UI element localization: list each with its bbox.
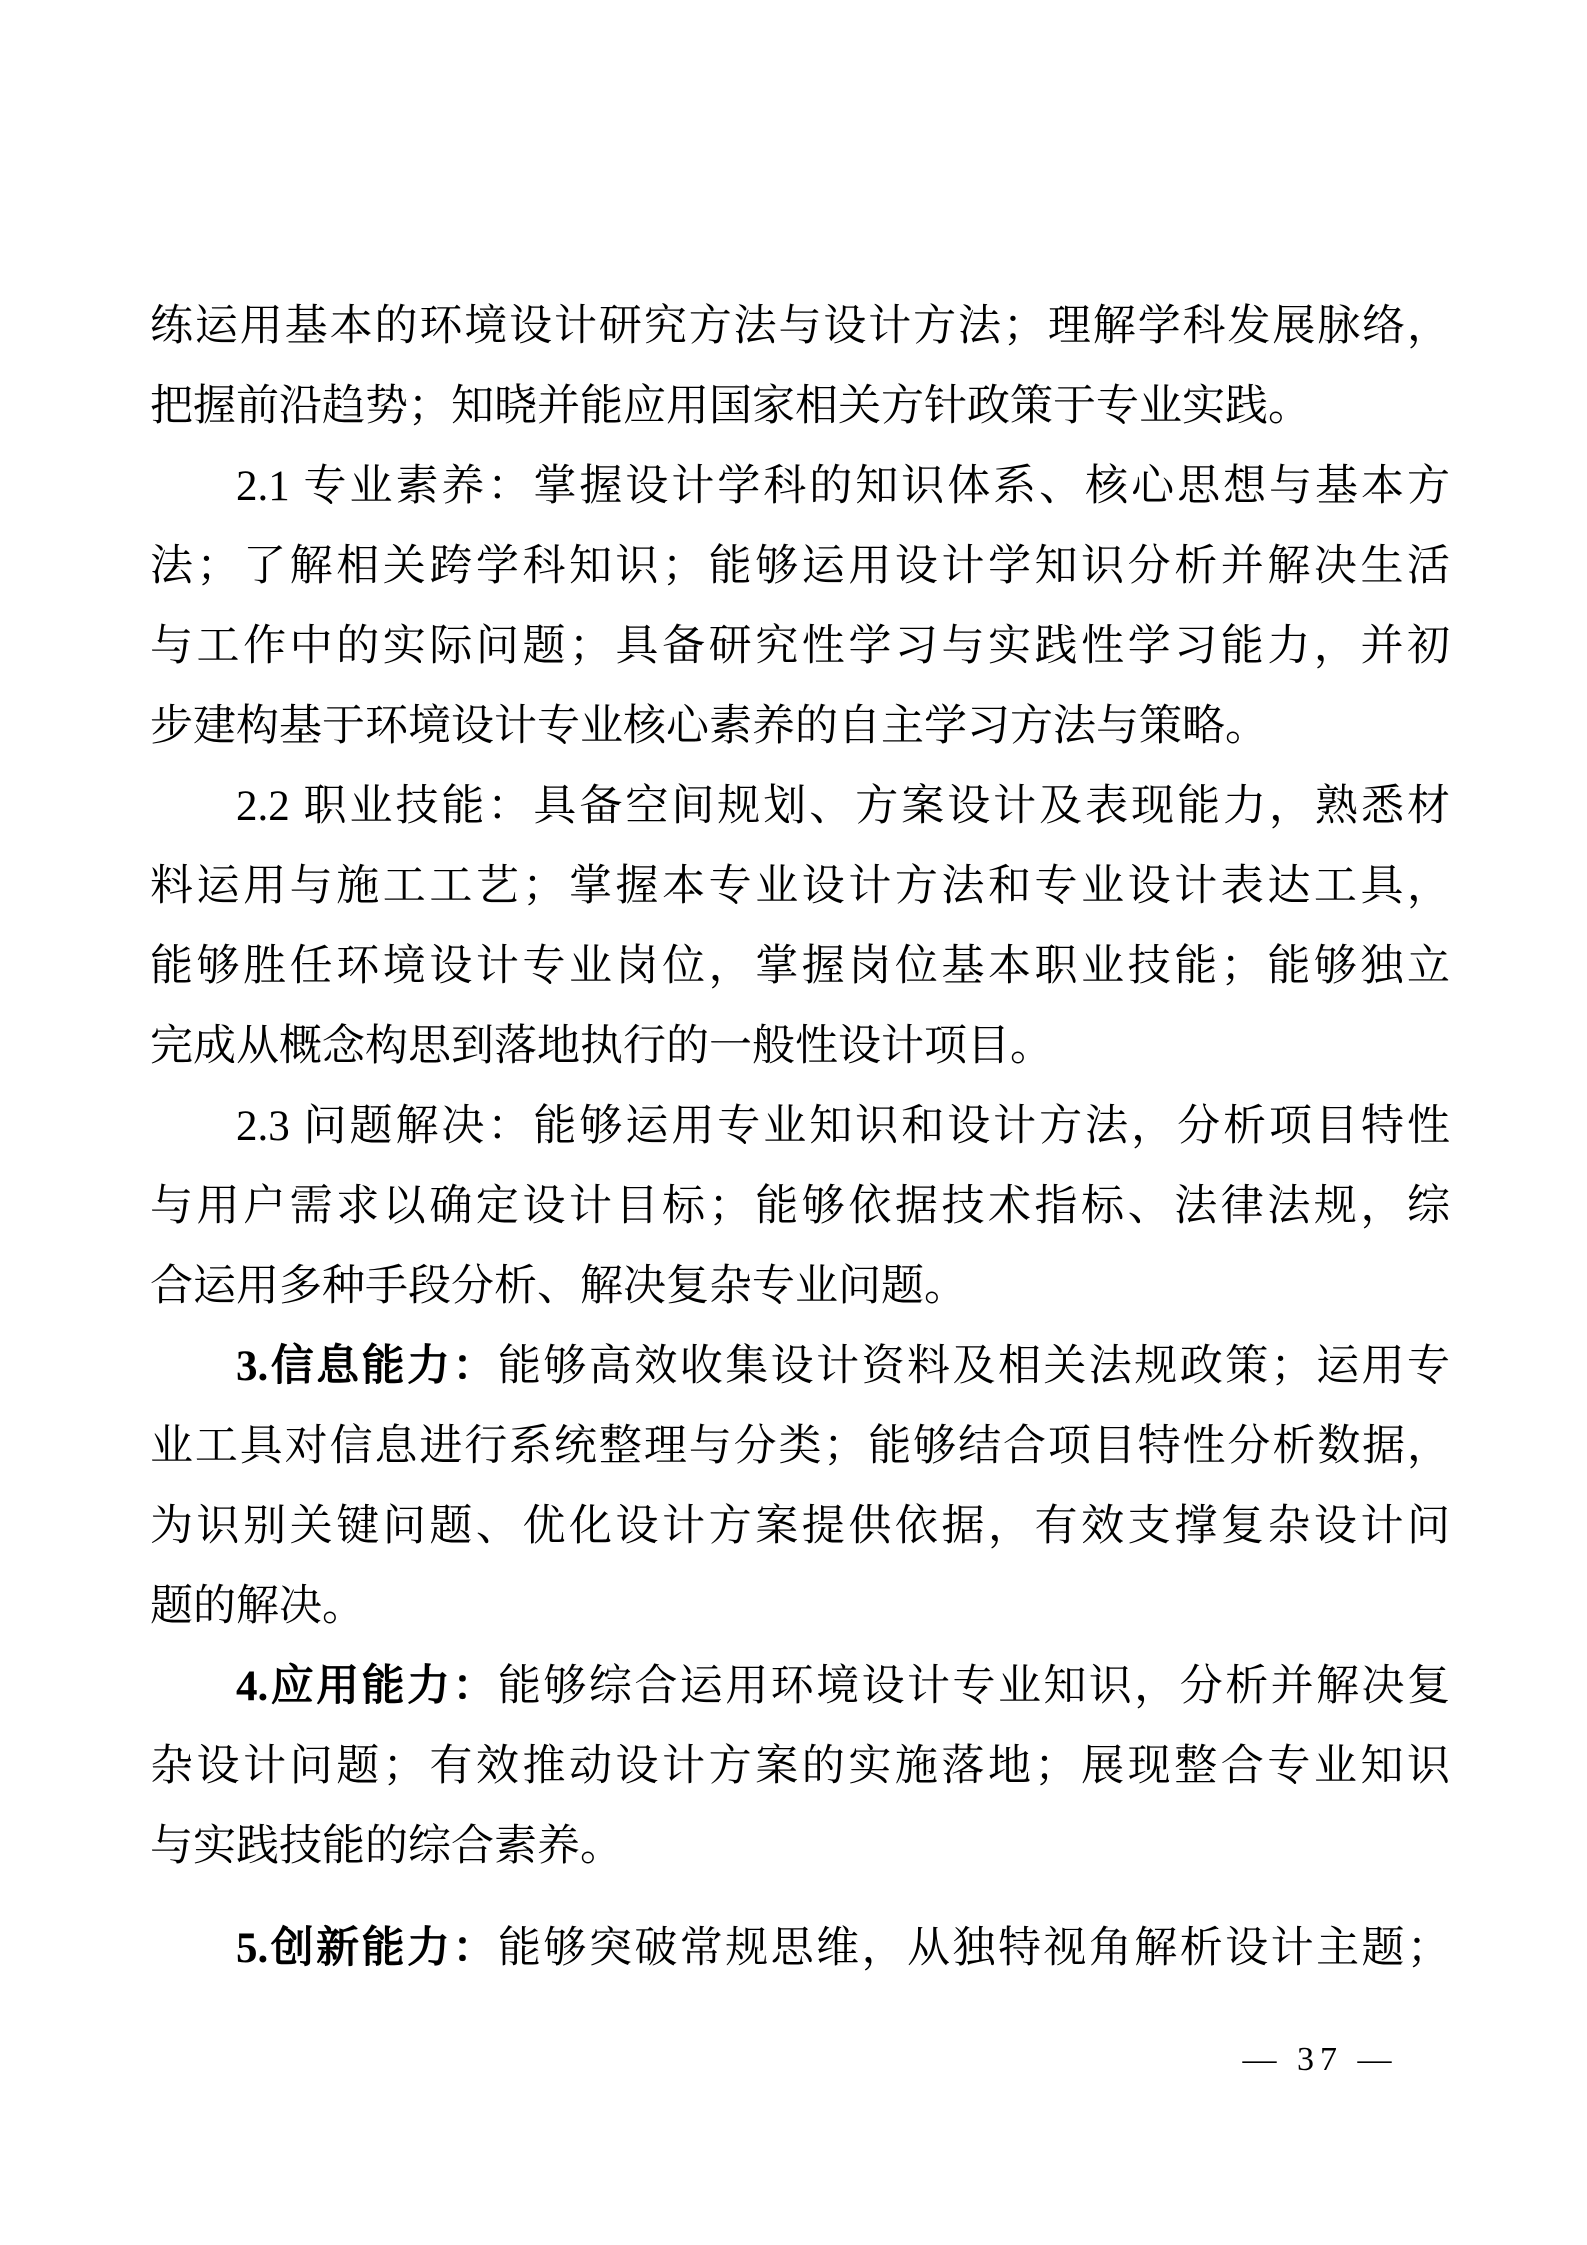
body-text: 法；了解相关跨学科知识；能够运用设计学知识分析并解决生活 bbox=[150, 543, 1450, 590]
body-text: 合运用多种手段分析、解决复杂专业问题。 bbox=[150, 1263, 967, 1310]
body-text: 把握前沿趋势；知晓并能应用国家相关方针政策于专业实践。 bbox=[150, 383, 1311, 430]
text-line: 料运用与施工工艺；掌握本专业设计方法和专业设计表达工具， bbox=[150, 847, 1450, 927]
para-2-2-vocational-skills: 2.2 职业技能：具备空间规划、方案设计及表现能力，熟悉材料运用与施工工艺；掌握… bbox=[150, 767, 1450, 1087]
para-2-1-professional-quality: 2.1 专业素养：掌握设计学科的知识体系、核心思想与基本方法；了解相关跨学科知识… bbox=[150, 447, 1450, 767]
text-body: 练运用基本的环境设计研究方法与设计方法；理解学科发展脉络，把握前沿趋势；知晓并能… bbox=[150, 287, 1450, 1989]
text-line: 为识别关键问题、优化设计方案提供依据，有效支撑复杂设计问 bbox=[150, 1487, 1450, 1567]
clause-heading-label: 4.应用能力： bbox=[236, 1663, 498, 1710]
body-text: 与用户需求以确定设计目标；能够依据技术指标、法律法规，综 bbox=[150, 1183, 1450, 1230]
body-text: 与实践技能的综合素养。 bbox=[150, 1823, 623, 1870]
para-2-3-problem-solving: 2.3 问题解决：能够运用专业知识和设计方法，分析项目特性与用户需求以确定设计目… bbox=[150, 1087, 1450, 1327]
body-text: 能够综合运用环境设计专业知识，分析并解决复 bbox=[498, 1663, 1450, 1710]
body-text: 题的解决。 bbox=[150, 1583, 365, 1630]
text-line: 练运用基本的环境设计研究方法与设计方法；理解学科发展脉络， bbox=[150, 287, 1450, 367]
body-text: 能够胜任环境设计专业岗位，掌握岗位基本职业技能；能够独立 bbox=[150, 943, 1450, 990]
body-text: 能够突破常规思维，从独特视角解析设计主题； bbox=[498, 1925, 1450, 1972]
text-line: 3.信息能力：能够高效收集设计资料及相关法规政策；运用专 bbox=[150, 1327, 1450, 1407]
text-line: 2.2 职业技能：具备空间规划、方案设计及表现能力，熟悉材 bbox=[150, 767, 1450, 847]
body-text: 2.2 职业技能：具备空间规划、方案设计及表现能力，熟悉材 bbox=[236, 783, 1450, 830]
body-text: 完成从概念构思到落地执行的一般性设计项目。 bbox=[150, 1023, 1053, 1070]
text-line: 把握前沿趋势；知晓并能应用国家相关方针政策于专业实践。 bbox=[150, 367, 1450, 447]
body-text: 2.1 专业素养：掌握设计学科的知识体系、核心思想与基本方 bbox=[236, 463, 1450, 510]
body-text: 与工作中的实际问题；具备研究性学习与实践性学习能力，并初 bbox=[150, 623, 1450, 670]
text-line: 合运用多种手段分析、解决复杂专业问题。 bbox=[150, 1247, 1450, 1327]
clause-heading-label: 5.创新能力： bbox=[236, 1925, 498, 1972]
para-3-information-ability: 3.信息能力：能够高效收集设计资料及相关法规政策；运用专业工具对信息进行系统整理… bbox=[150, 1327, 1450, 1647]
text-line: 步建构基于环境设计专业核心素养的自主学习方法与策略。 bbox=[150, 687, 1450, 767]
body-text: 能够高效收集设计资料及相关法规政策；运用专 bbox=[498, 1343, 1450, 1390]
text-line: 法；了解相关跨学科知识；能够运用设计学知识分析并解决生活 bbox=[150, 527, 1450, 607]
text-line: 业工具对信息进行系统整理与分类；能够结合项目特性分析数据， bbox=[150, 1407, 1450, 1487]
para-5-innovation-ability: 5.创新能力：能够突破常规思维，从独特视角解析设计主题； bbox=[150, 1909, 1450, 1989]
body-text: 为识别关键问题、优化设计方案提供依据，有效支撑复杂设计问 bbox=[150, 1503, 1450, 1550]
body-text: 步建构基于环境设计专业核心素养的自主学习方法与策略。 bbox=[150, 703, 1268, 750]
body-text: 2.3 问题解决：能够运用专业知识和设计方法，分析项目特性 bbox=[236, 1103, 1450, 1150]
para-continued-from-previous-page: 练运用基本的环境设计研究方法与设计方法；理解学科发展脉络，把握前沿趋势；知晓并能… bbox=[150, 287, 1450, 447]
text-line: 杂设计问题；有效推动设计方案的实施落地；展现整合专业知识 bbox=[150, 1727, 1450, 1807]
text-line: 2.1 专业素养：掌握设计学科的知识体系、核心思想与基本方 bbox=[150, 447, 1450, 527]
body-text: 练运用基本的环境设计研究方法与设计方法；理解学科发展脉络， bbox=[150, 303, 1450, 350]
text-line: 题的解决。 bbox=[150, 1567, 1450, 1647]
text-line: 与工作中的实际问题；具备研究性学习与实践性学习能力，并初 bbox=[150, 607, 1450, 687]
document-page: 练运用基本的环境设计研究方法与设计方法；理解学科发展脉络，把握前沿趋势；知晓并能… bbox=[0, 0, 1587, 2245]
body-text: 料运用与施工工艺；掌握本专业设计方法和专业设计表达工具， bbox=[150, 863, 1450, 910]
body-text: 业工具对信息进行系统整理与分类；能够结合项目特性分析数据， bbox=[150, 1423, 1450, 1470]
text-line: 4.应用能力：能够综合运用环境设计专业知识，分析并解决复 bbox=[150, 1647, 1450, 1727]
text-line: 与实践技能的综合素养。 bbox=[150, 1807, 1450, 1887]
text-line: 2.3 问题解决：能够运用专业知识和设计方法，分析项目特性 bbox=[150, 1087, 1450, 1167]
para-4-application-ability: 4.应用能力：能够综合运用环境设计专业知识，分析并解决复杂设计问题；有效推动设计… bbox=[150, 1647, 1450, 1887]
text-line: 完成从概念构思到落地执行的一般性设计项目。 bbox=[150, 1007, 1450, 1087]
body-text: 杂设计问题；有效推动设计方案的实施落地；展现整合专业知识 bbox=[150, 1743, 1450, 1790]
text-line: 5.创新能力：能够突破常规思维，从独特视角解析设计主题； bbox=[150, 1909, 1450, 1989]
clause-heading-label: 3.信息能力： bbox=[236, 1343, 498, 1390]
page-number: — 37 — bbox=[1205, 2036, 1435, 2084]
text-line: 能够胜任环境设计专业岗位，掌握岗位基本职业技能；能够独立 bbox=[150, 927, 1450, 1007]
text-line: 与用户需求以确定设计目标；能够依据技术指标、法律法规，综 bbox=[150, 1167, 1450, 1247]
